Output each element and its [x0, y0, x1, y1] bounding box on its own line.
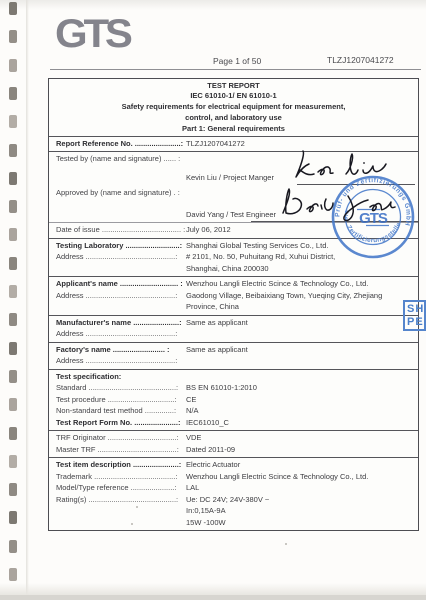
row-label: Test item description ..................… — [49, 459, 186, 471]
row-label: Factory's name .........................… — [49, 344, 186, 356]
scan-top-shadow — [0, 0, 426, 10]
row-label: Tested by (name and signature) ...... : — [49, 153, 186, 165]
row-label: Testing Laboratory .....................… — [49, 240, 186, 252]
table-row: Rating(s) ..............................… — [49, 494, 418, 506]
row-label: Address ................................… — [49, 251, 186, 263]
partial-stamp-line2: PE — [407, 316, 424, 329]
table-block: Factory's name .........................… — [49, 342, 418, 369]
table-row: Trademark ..............................… — [49, 471, 418, 483]
stamp-side-text: GTS — [343, 209, 351, 221]
binder-hole — [9, 455, 17, 468]
report-table: TEST REPORTIEC 61010-1/ EN 61010-1Safety… — [48, 78, 419, 531]
row-value: Dated 2011-09 — [186, 444, 418, 456]
binder-hole — [9, 59, 17, 72]
binder-hole — [9, 257, 17, 270]
table-row: Applicant's name .......................… — [49, 278, 418, 290]
row-value: Wenzhou Langli Electric Scince & Technol… — [186, 471, 418, 483]
table-row: Test Report Form No. ...................… — [49, 417, 418, 429]
row-value: TLZJ1207041272 — [186, 138, 418, 150]
title-line: Safety requirements for electrical equip… — [49, 102, 418, 113]
partial-stamp-line1: SH — [407, 303, 424, 316]
table-block: Applicant's name .......................… — [49, 276, 418, 315]
gts-logo: GTS — [55, 12, 129, 57]
paper-bottom-edge — [0, 595, 426, 600]
table-row: Address ................................… — [49, 355, 418, 367]
row-label: Test Report Form No. ...................… — [49, 417, 186, 429]
row-value: BS EN 61010-1:2010 — [186, 382, 418, 394]
row-value: Province, China — [186, 301, 418, 313]
table-row: Address ................................… — [49, 328, 418, 340]
binder-hole — [9, 370, 17, 383]
binder-hole — [9, 540, 17, 553]
table-block: Test item description ..................… — [49, 457, 418, 530]
binder-hole — [9, 30, 17, 43]
row-value: N/A — [186, 405, 418, 417]
binder-hole — [9, 313, 17, 326]
row-label: Date of issue ..........................… — [49, 224, 186, 236]
table-row: Report Reference No. ...................… — [49, 138, 418, 150]
row-label: Address ................................… — [49, 355, 186, 367]
table-row: 15W -100W — [49, 517, 418, 529]
row-value: 15W -100W — [186, 517, 418, 529]
binder-hole — [9, 483, 17, 496]
table-row: Standard ...............................… — [49, 382, 418, 394]
binder-hole — [9, 228, 17, 241]
table-row: Address ................................… — [49, 290, 418, 302]
table-row: Shanghai, China 200030 — [49, 263, 418, 275]
binder-hole — [9, 342, 17, 355]
row-label: Non-standard test method ..............: — [49, 405, 186, 417]
table-row: Master TRF .............................… — [49, 444, 418, 456]
row-value: Gaodong Village, Beibaixiang Town, Yueqi… — [186, 290, 418, 302]
row-label: Test procedure .........................… — [49, 394, 186, 406]
table-row: Tested by (name and signature) ...... : — [49, 153, 418, 165]
header-report-number: TLZJ1207041272 — [327, 55, 394, 65]
certification-stamp-icon: Prüf- und Zertifizierungs GmbH Zertifizi… — [330, 174, 416, 260]
row-value: Wenzhou Langli Electric Scince & Technol… — [186, 278, 418, 290]
binder-hole — [9, 398, 17, 411]
binder-hole — [9, 200, 17, 213]
row-value: IEC61010_C — [186, 417, 418, 429]
row-value: Same as applicant — [186, 317, 418, 329]
row-label: Manufacturer's name ....................… — [49, 317, 186, 329]
binder-hole — [9, 87, 17, 100]
table-row: Test item description ..................… — [49, 459, 418, 471]
scan-bottom-shadow — [0, 583, 426, 595]
table-row: Factory's name .........................… — [49, 344, 418, 356]
row-label: Master TRF .............................… — [49, 444, 186, 456]
row-value: In:0,15A-9A — [186, 505, 418, 517]
title-line: TEST REPORT — [49, 80, 418, 91]
row-label: Trademark ..............................… — [49, 471, 186, 483]
binder-hole — [9, 427, 17, 440]
row-value: CE — [186, 394, 418, 406]
row-label: Report Reference No. ...................… — [49, 138, 186, 150]
binder-hole — [9, 144, 17, 157]
row-label: Model/Type reference ...................… — [49, 482, 186, 494]
title-line: control, and laboratory use — [49, 112, 418, 123]
table-row: Manufacturer's name ....................… — [49, 317, 418, 329]
row-label: TRF Originator .........................… — [49, 432, 186, 444]
table-row: Model/Type reference ...................… — [49, 482, 418, 494]
page-indicator: Page 1 of 50 — [213, 56, 261, 66]
row-label: Applicant's name .......................… — [49, 278, 186, 290]
row-label: Address ................................… — [49, 290, 186, 302]
table-row: Province, China — [49, 301, 418, 313]
table-row: Non-standard test method ..............:… — [49, 405, 418, 417]
binder-hole — [9, 511, 17, 524]
table-row: TRF Originator .........................… — [49, 432, 418, 444]
binder-hole — [9, 172, 17, 185]
row-value: VDE — [186, 432, 418, 444]
row-label: Approved by (name and signature) . : — [49, 187, 186, 199]
header-rule — [50, 69, 421, 70]
row-value: Electric Actuator — [186, 459, 418, 471]
table-block: TEST REPORTIEC 61010-1/ EN 61010-1Safety… — [49, 79, 418, 136]
row-value: LAL — [186, 482, 418, 494]
stamp-center-logo: GTS — [359, 210, 388, 227]
table-block: Test specification:Standard ............… — [49, 369, 418, 431]
table-block: Report Reference No. ...................… — [49, 136, 418, 152]
table-row: Test procedure .........................… — [49, 394, 418, 406]
partial-edge-stamp: SH PE — [403, 300, 426, 331]
scanned-test-report-page: GTS Page 1 of 50 TLZJ1207041272 TEST REP… — [0, 0, 426, 600]
table-row: In:0,15A-9A — [49, 505, 418, 517]
table-row: Test specification: — [49, 371, 418, 383]
row-value: Ue: DC 24V; 24V-380V ~ — [186, 494, 418, 506]
table-block: Manufacturer's name ....................… — [49, 315, 418, 342]
title-line: IEC 61010-1/ EN 61010-1 — [49, 91, 418, 102]
table-block: TRF Originator .........................… — [49, 430, 418, 457]
binder-hole — [9, 568, 17, 581]
title-line: Part 1: General requirements — [49, 123, 418, 134]
paper-fold-edge — [26, 0, 29, 600]
row-label: Standard ...............................… — [49, 382, 186, 394]
row-label: Address ................................… — [49, 328, 186, 340]
binder-hole — [9, 2, 17, 15]
row-label: Rating(s) ..............................… — [49, 494, 186, 506]
binder-hole — [9, 285, 17, 298]
row-label: Test specification: — [49, 371, 186, 383]
row-value: Same as applicant — [186, 344, 418, 356]
binder-hole — [9, 115, 17, 128]
row-value: Shanghai, China 200030 — [186, 263, 418, 275]
